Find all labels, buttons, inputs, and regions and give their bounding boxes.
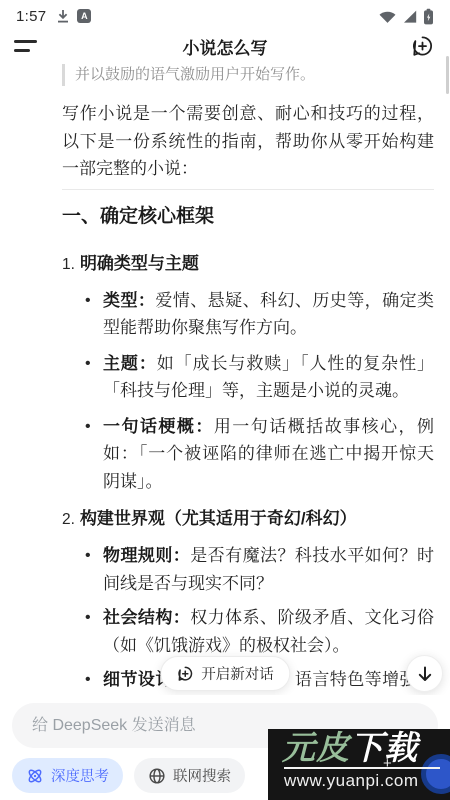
watermark-overlay: 元皮下载 + www.yuanpi.com bbox=[268, 729, 450, 800]
chat-plus-icon bbox=[176, 665, 194, 683]
new-chat-icon[interactable] bbox=[408, 32, 436, 60]
header: 小说怎么写 bbox=[0, 28, 450, 64]
bullet-icon: • bbox=[85, 287, 91, 315]
watermark-rule bbox=[284, 767, 440, 769]
ime-badge-icon: A bbox=[77, 9, 91, 23]
menu-icon[interactable] bbox=[14, 34, 42, 58]
intro-paragraph: 写作小说是一个需要创意、耐心和技巧的过程，以下是一份系统性的指南，帮助你从零开始… bbox=[62, 100, 434, 183]
deep-think-toggle[interactable]: 深度思考 bbox=[12, 758, 123, 793]
section-heading: 一、确定核心框架 bbox=[62, 204, 434, 230]
assistant-message: 并以鼓励的语气激励用户开始写作。 写作小说是一个需要创意、耐心和技巧的过程，以下… bbox=[0, 62, 450, 698]
subsection-heading: 1.明确类型与主题 bbox=[62, 252, 434, 277]
list-item: •一句话梗概：用一句话概括故事核心，例如：「一个被诬陷的律师在逃亡中揭开惊天阴谋… bbox=[82, 413, 434, 496]
new-chat-button[interactable]: 开启新对话 bbox=[160, 656, 290, 691]
download-icon bbox=[56, 9, 70, 24]
wifi-icon bbox=[378, 9, 397, 24]
web-search-label: 联网搜索 bbox=[173, 765, 231, 786]
bullet-icon: • bbox=[85, 666, 91, 694]
quoted-text: 并以鼓励的语气激励用户开始写作。 bbox=[62, 64, 434, 86]
scroll-to-bottom-button[interactable] bbox=[406, 655, 443, 692]
atom-icon bbox=[26, 767, 44, 785]
bullet-icon: • bbox=[85, 542, 91, 570]
arrow-down-icon bbox=[416, 665, 434, 683]
watermark-brand: 元皮下载 bbox=[282, 730, 450, 766]
list-item: •主题：如「成长与救赎」「人性的复杂性」「科技与伦理」等，主题是小说的灵魂。 bbox=[82, 350, 434, 405]
battery-charging-icon bbox=[423, 8, 434, 25]
cursor-plus-icon: + bbox=[383, 755, 392, 772]
deep-think-label: 深度思考 bbox=[51, 765, 109, 786]
status-bar: 1:57 A bbox=[0, 0, 450, 28]
web-search-toggle[interactable]: 联网搜索 bbox=[134, 758, 245, 793]
list-item: •物理规则：是否有魔法？科技水平如何？时间线是否与现实不同？ bbox=[82, 542, 434, 597]
divider bbox=[62, 189, 434, 190]
app-screen: 1:57 A 小说怎么写 bbox=[0, 0, 450, 800]
bullet-icon: • bbox=[85, 413, 91, 441]
watermark-url: www.yuanpi.com bbox=[284, 771, 450, 791]
new-chat-label: 开启新对话 bbox=[201, 663, 274, 684]
bullet-icon: • bbox=[85, 604, 91, 632]
bullet-icon: • bbox=[85, 350, 91, 378]
cellular-signal-icon bbox=[402, 9, 418, 24]
scrollbar[interactable] bbox=[446, 56, 449, 94]
bullet-list: •类型：爱情、悬疑、科幻、历史等，确定类型能帮助你聚焦写作方向。 •主题：如「成… bbox=[62, 287, 434, 496]
clock: 1:57 bbox=[16, 8, 46, 25]
page-title: 小说怎么写 bbox=[0, 34, 450, 59]
subsection-heading: 2.构建世界观（尤其适用于奇幻/科幻） bbox=[62, 507, 434, 532]
list-item: •社会结构：权力体系、阶级矛盾、文化习俗（如《饥饿游戏》的极权社会）。 bbox=[82, 604, 434, 659]
globe-icon bbox=[148, 767, 166, 785]
list-item: •类型：爱情、悬疑、科幻、历史等，确定类型能帮助你聚焦写作方向。 bbox=[82, 287, 434, 342]
